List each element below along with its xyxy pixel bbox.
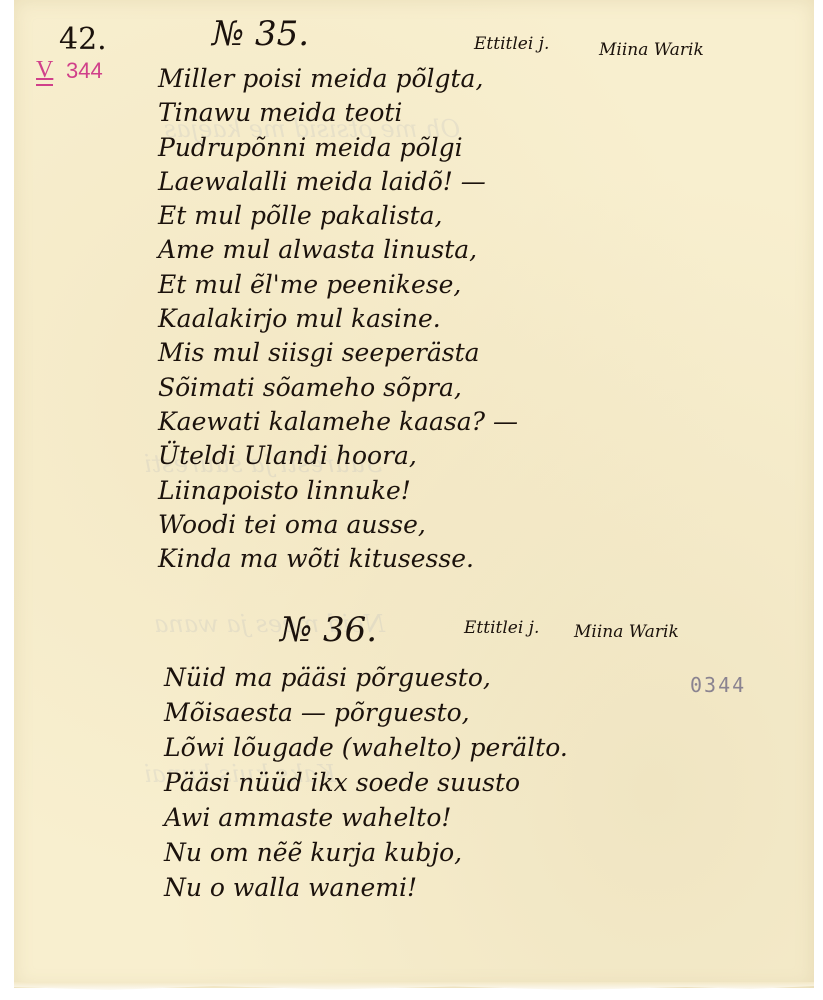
verse-line: Mõisaesta — põrguesto,	[164, 695, 568, 730]
verse-line: Laewalalli meida laidõ! —	[158, 165, 518, 199]
verse-line: Liinapoisto linnuke!	[158, 474, 518, 508]
verse-line: Pääsi nüüd ikx soede suusto	[164, 765, 568, 800]
verse-line: Mis mul siisgi seeperästa	[158, 336, 518, 370]
verse-line: Lõwi lõugade (wahelto) perälto.	[164, 730, 568, 765]
song-36-singer: Miina Warik	[574, 622, 679, 642]
verse-line: Tinawu meida teoti	[158, 96, 518, 130]
archive-number: 344	[66, 58, 103, 84]
verse-line: Ame mul alwasta linusta,	[158, 233, 518, 267]
verse-line: Sõimati sõameho sõpra,	[158, 371, 518, 405]
manuscript-page: Oh me otsisid me kaejas Suuresti ja suur…	[14, 0, 814, 988]
verse-line: Kaewati kalamehe kaasa? —	[158, 405, 518, 439]
verse-line: Awi ammaste wahelto!	[164, 800, 568, 835]
verse-line: Kinda ma wõti kitusesse.	[158, 542, 518, 576]
verse-line: Üteldi Ulandi hoora,	[158, 439, 518, 473]
archive-stamp-number: 0344	[690, 673, 746, 697]
archive-volume: V	[36, 58, 53, 86]
verse-line: Nu om nẽẽ kurja kubjo,	[164, 835, 568, 870]
song-36-collector: Ettitlei j.	[464, 618, 539, 638]
verse-line: Et mul ẽl'me peenikese,	[158, 268, 518, 302]
verse-line: Miller poisi meida põlgta,	[158, 62, 518, 96]
verse-line: Kaalakirjo mul kasine.	[158, 302, 518, 336]
song-35-verse: Miller poisi meida põlgta, Tinawu meida …	[158, 62, 518, 576]
verse-line: Pudrupõnni meida põlgi	[158, 131, 518, 165]
verse-line: Nüid ma pääsi põrguesto,	[164, 660, 568, 695]
song-36-verse: Nüid ma pääsi põrguesto, Mõisaesta — põr…	[164, 660, 568, 905]
song-36-heading: № 36.	[280, 610, 377, 650]
song-35-collector: Ettitlei j.	[474, 34, 549, 54]
verse-line: Et mul põlle pakalista,	[158, 199, 518, 233]
song-35-singer: Miina Warik	[599, 40, 704, 60]
verse-line: Nu o walla wanemi!	[164, 870, 568, 905]
page-number: 42.	[59, 22, 107, 57]
verse-line: Woodi tei oma ausse,	[158, 508, 518, 542]
song-35-heading: № 35.	[212, 14, 309, 54]
